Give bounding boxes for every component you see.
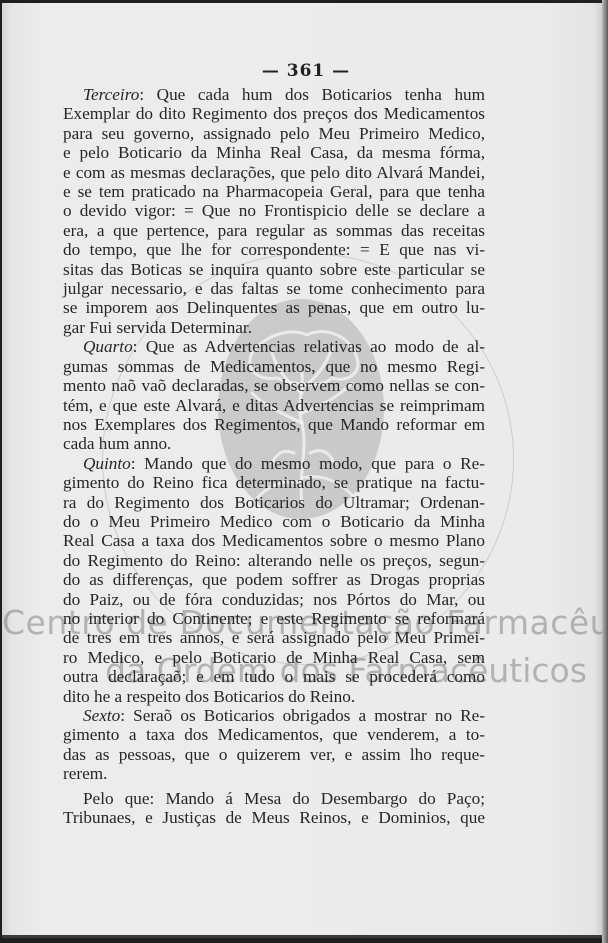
paragraph-terceiro: Terceiro: Que cada hum dos Boticarios te… [63,85,485,337]
paragraph-lead: Terceiro [83,85,139,104]
text-line: gar Fui servida Determinar. [63,318,485,337]
text-line: Real Casa a taxa dos Medicamentos sobre … [63,531,485,550]
book-page: Centro de Documentação Farmacêutica da O… [2,3,602,938]
text-line: no interior do Continente; e este Regime… [63,609,485,628]
paragraph-pelo-que: Pelo que: Mando á Mesa do Desembargo do … [63,789,485,828]
scanned-page-background: Centro de Documentação Farmacêutica da O… [0,0,608,943]
text-line: Pelo que: Mando á Mesa do Desembargo do … [63,789,485,808]
text-line: Sexto: Seraõ os Boticarios obrigados a m… [63,706,485,725]
text-line: julgar necessario, e das faltas se tome … [63,279,485,298]
text-line: do as differenças, que podem soffrer as … [63,570,485,589]
text-line: mento naõ vaõ declaradas, se observem co… [63,376,485,395]
paragraph-quinto: Quinto: Mando que do mesmo modo, que par… [63,454,485,706]
paragraph-lead: Sexto [83,706,120,725]
text-line: do Paiz, ou de fóra conduzidas; nos Pórt… [63,590,485,609]
text-line: Quinto: Mando que do mesmo modo, que par… [63,454,485,473]
paragraph-lead: Quarto [83,337,133,356]
text-line: o devido vigor: = Que no Frontispicio de… [63,201,485,220]
text-line: e pelo Boticario da Minha Real Casa, da … [63,143,485,162]
text-line: do o Meu Primeiro Medico com o Boticario… [63,512,485,531]
text-line: do tempo, que lhe for correspondente: = … [63,240,485,259]
text-line: gimento do Reino fica determinado, se pr… [63,473,485,492]
text-line: das as pessoas, que o quizerem ver, e as… [63,745,485,764]
text-line: Tribunaes, e Justiças de Meus Reinos, e … [63,808,485,827]
text-line: outra declaraçaõ; e em tudo o mais se pr… [63,667,485,686]
paragraph-lead: Quinto [83,454,131,473]
text-line: dito he a respeito dos Boticarios do Rei… [63,687,485,706]
text-line: ro Medico, e pelo Boticario de Minha Rea… [63,648,485,667]
text-line: cada hum anno. [63,434,485,453]
text-line: Quarto: Que as Advertencias relativas ao… [63,337,485,356]
text-line: Exemplar do dito Regimento dos preços do… [63,104,485,123]
body-text: Terceiro: Que cada hum dos Boticarios te… [63,85,485,827]
text-line: para seu governo, assignado pelo Meu Pri… [63,124,485,143]
text-line: gumas sommas de Medicamentos, que no mes… [63,357,485,376]
text-line: era, a que pertence, para regular as som… [63,221,485,240]
text-line: se imporem aos Delinquentes as penas, qu… [63,298,485,317]
text-line: gimento a taxa dos Medicamentos, que ven… [63,725,485,744]
paragraph-sexto: Sexto: Seraõ os Boticarios obrigados a m… [63,706,485,784]
text-line: e se tem praticado na Pharmacopeia Geral… [63,182,485,201]
text-line: tém, e que este Alvará, e ditas Adverten… [63,396,485,415]
paragraph-quarto: Quarto: Que as Advertencias relativas ao… [63,337,485,453]
text-line: sitas das Boticas se inquira quanto sobr… [63,260,485,279]
text-line: e com as mesmas declarações, que pelo di… [63,163,485,182]
text-line: de tres em tres annos, e será assignado … [63,628,485,647]
text-line: rerem. [63,764,485,783]
text-line: ra do Regimento dos Boticarios do Ultram… [63,493,485,512]
text-line: do Regimento do Reino: alterando nelle o… [63,551,485,570]
page-edge [602,0,608,943]
text-line: Terceiro: Que cada hum dos Boticarios te… [63,85,485,104]
text-line: nos Exemplares dos Regimentos, que Mando… [63,415,485,434]
page-number: — 361 — [2,61,608,81]
